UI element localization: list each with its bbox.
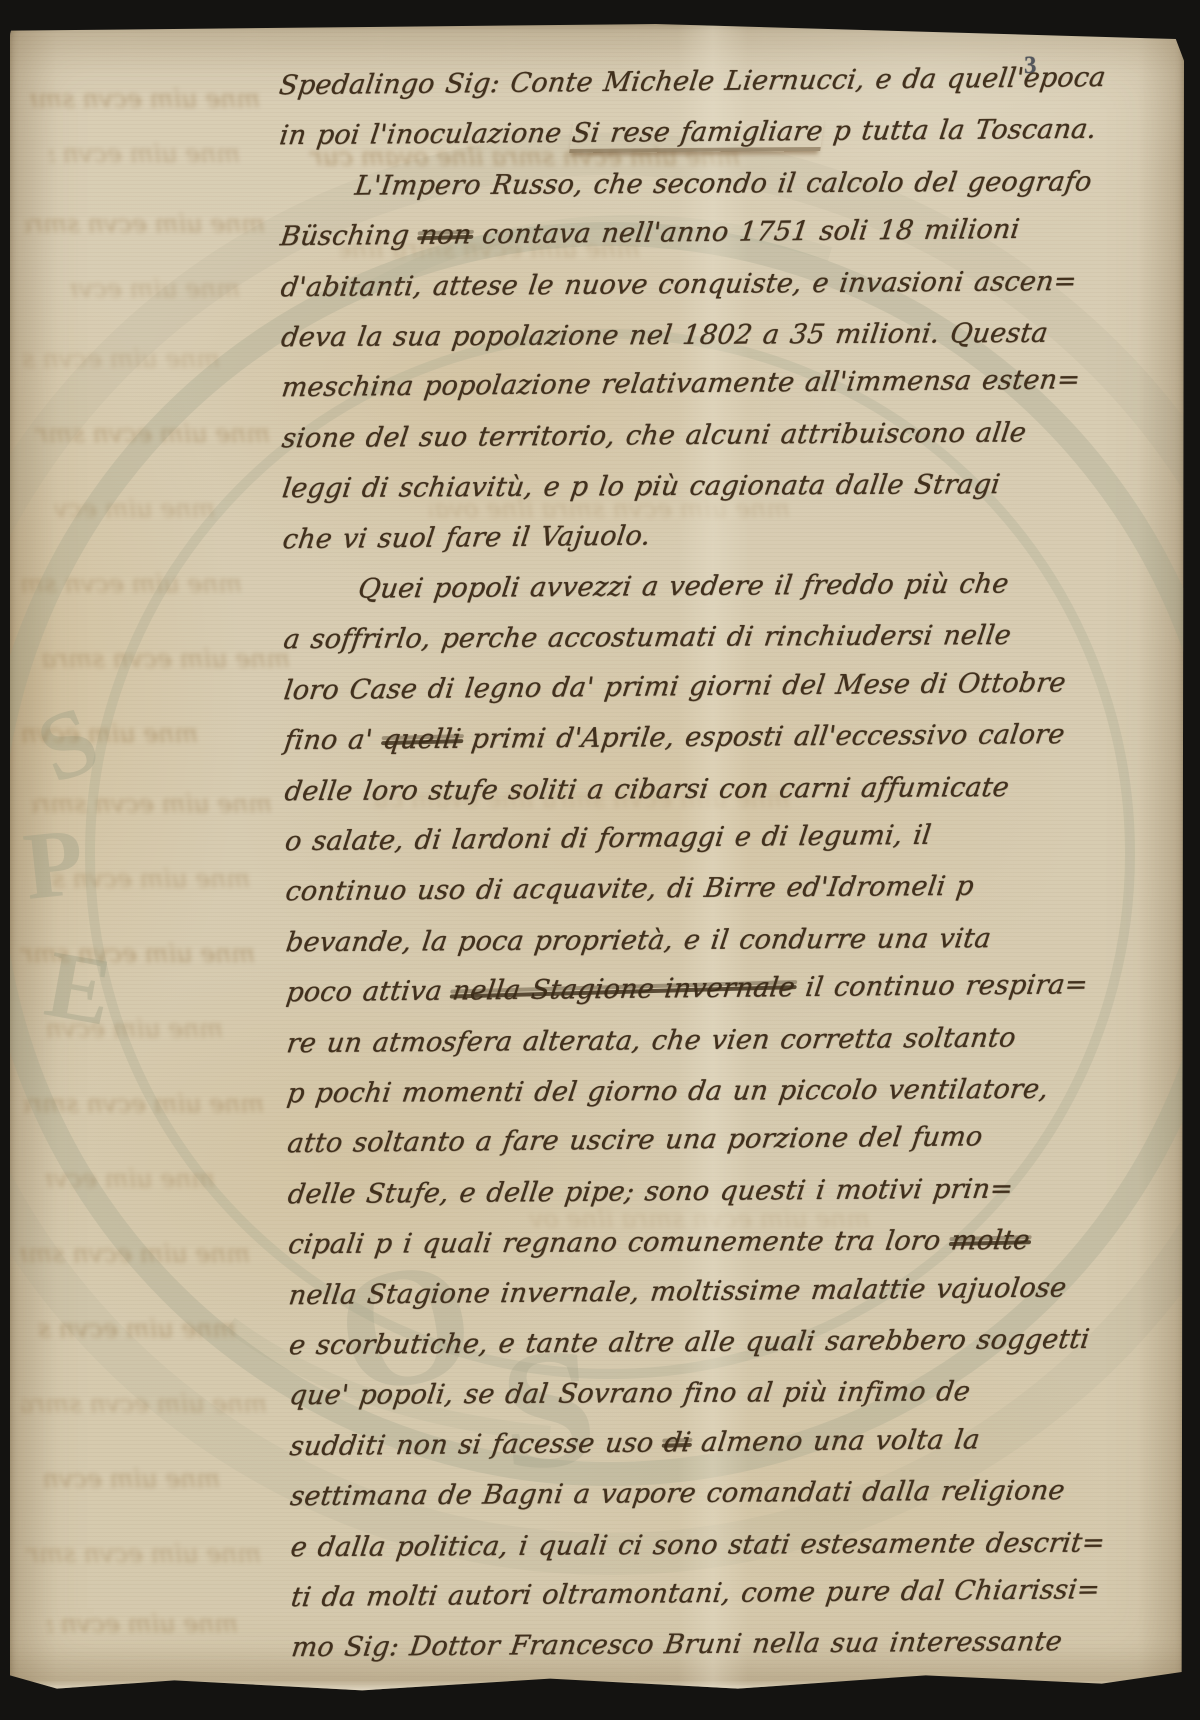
manuscript-line: que' popoli, se dal Sovrano fino al più … xyxy=(288,1377,973,1412)
text-segment: nella Stagione invernale, moltissime mal… xyxy=(287,1272,1068,1311)
text-segment: Spedalingo Sig: Conte Michele Liernucci,… xyxy=(277,62,1107,101)
text-segment: p pochi momenti del giorno da un piccolo… xyxy=(285,1074,1050,1109)
text-segment: in poi l'inoculazione xyxy=(278,118,575,151)
manuscript-line: sudditi non si facesse uso di almeno una… xyxy=(288,1424,982,1462)
text-segment: deva la sua popolazione nel 1802 a 35 mi… xyxy=(279,318,1050,353)
text-segment: primi d'Aprile, esposti all'eccessivo ca… xyxy=(459,719,1067,755)
manuscript-line: a soffrirlo, perche accostumati di rinch… xyxy=(282,620,1013,655)
manuscript-text: Spedalingo Sig: Conte Michele Liernucci,… xyxy=(4,17,1191,1694)
text-segment: sione del suo territorio, che alcuni att… xyxy=(280,417,1028,454)
text-segment: leggi di schiavitù, e p lo più cagionata… xyxy=(280,469,1002,504)
text-segment: cipali p i quali regnano comunemente tra… xyxy=(286,1226,953,1261)
manuscript-line: cipali p i quali regnano comunemente tra… xyxy=(286,1225,1031,1260)
text-segment: Büsching xyxy=(279,220,422,252)
manuscript-line: L'Impero Russo, che secondo il calcolo d… xyxy=(353,166,1094,201)
manuscript-line: bevande, la poca proprietà, e il condurr… xyxy=(284,923,993,958)
text-segment: mo Sig: Dottor Francesco Bruni nella sua… xyxy=(290,1626,1064,1663)
manuscript-line: nella Stagione invernale, moltissime mal… xyxy=(287,1272,1068,1311)
manuscript-line: loro Case di legno da' primi giorni del … xyxy=(282,667,1068,706)
text-segment: contava nell'anno 1751 soli 18 milioni xyxy=(469,214,1021,250)
text-segment: poco attiva xyxy=(284,976,454,1009)
text-segment: meschina popolazione relativamente all'i… xyxy=(280,365,1082,404)
text-segment: Quei popoli avvezzi a vedere il freddo p… xyxy=(356,568,1010,604)
torn-bottom-edge xyxy=(33,1680,1160,1692)
manuscript-line: delle Stufe, e delle pipe; sono questi i… xyxy=(286,1173,1015,1210)
text-segment: que' popoli, se dal Sovrano fino al più … xyxy=(288,1377,973,1412)
struck-word: molte xyxy=(949,1225,1031,1256)
text-segment: ti da molti autori oltramontani, come pu… xyxy=(289,1574,1102,1613)
manuscript-line: Büsching non contava nell'anno 1751 soli… xyxy=(279,214,1022,252)
text-segment: delle loro stufe soliti a cibarsi con ca… xyxy=(283,772,1011,807)
text-segment: d'abitanti, attese le nuove conquiste, e… xyxy=(279,266,1079,303)
manuscript-line: settimana de Bagni a vapore comandati da… xyxy=(288,1475,1066,1512)
manuscript-line: p pochi momenti del giorno da un piccolo… xyxy=(285,1074,1050,1109)
manuscript-line: mo Sig: Dottor Francesco Bruni nella sua… xyxy=(290,1626,1064,1663)
manuscript-line: sione del suo territorio, che alcuni att… xyxy=(280,417,1028,454)
manuscript-line: o salate, di lardoni di formaggi e di le… xyxy=(283,820,933,857)
text-segment: e scorbutiche, e tante altre alle quali … xyxy=(287,1324,1091,1361)
text-segment: Si rese famigliare xyxy=(570,116,825,153)
text-segment: almeno una volta la xyxy=(689,1424,982,1458)
text-segment: sudditi non si facesse uso xyxy=(288,1427,666,1462)
manuscript-line: Spedalingo Sig: Conte Michele Liernucci,… xyxy=(277,62,1107,101)
manuscript-line: re un atmosfera alterata, che vien corre… xyxy=(285,1022,1018,1059)
struck-word: non xyxy=(418,219,474,251)
manuscript-line: in poi l'inoculazione Si rese famigliare… xyxy=(278,114,1099,151)
manuscript-line: deva la sua popolazione nel 1802 a 35 mi… xyxy=(279,318,1050,353)
text-segment: continuo uso di acquavite, di Birre ed'I… xyxy=(284,871,976,907)
struck-word: di xyxy=(662,1427,692,1458)
manuscript-line: che vi suol fare il Vajuolo. xyxy=(281,520,653,555)
struck-word: nella Stagione invernale xyxy=(451,972,797,1006)
text-segment: a soffrirlo, perche accostumati di rinch… xyxy=(282,620,1013,655)
scan-background: S P E O S mne uim ecvn smra ilne ovam cu… xyxy=(0,0,1200,1720)
text-segment: e dalla politica, i quali ci sono stati … xyxy=(289,1527,1107,1563)
manuscript-line: e dalla politica, i quali ci sono stati … xyxy=(289,1527,1107,1563)
manuscript-line: leggi di schiavitù, e p lo più cagionata… xyxy=(280,469,1002,504)
manuscript-line: delle loro stufe soliti a cibarsi con ca… xyxy=(283,772,1011,807)
manuscript-line: meschina popolazione relativamente all'i… xyxy=(280,365,1082,404)
text-segment: che vi suol fare il Vajuolo. xyxy=(281,520,653,555)
text-segment: il continuo respira= xyxy=(793,969,1090,1003)
text-segment: loro Case di legno da' primi giorni del … xyxy=(282,667,1068,706)
text-segment: o salate, di lardoni di formaggi e di le… xyxy=(283,820,933,857)
text-segment: settimana de Bagni a vapore comandati da… xyxy=(288,1475,1066,1512)
text-segment: p tutta la Toscana. xyxy=(821,114,1099,147)
struck-word: quelli xyxy=(381,724,463,756)
manuscript-line: Quei popoli avvezzi a vedere il freddo p… xyxy=(356,568,1010,604)
text-segment: re un atmosfera alterata, che vien corre… xyxy=(285,1022,1018,1059)
text-segment: atto soltanto a fare uscire una porzione… xyxy=(286,1122,985,1160)
manuscript-line: atto soltanto a fare uscire una porzione… xyxy=(286,1122,985,1160)
manuscript-line: fino a' quelli primi d'Aprile, esposti a… xyxy=(282,719,1066,756)
manuscript-line: d'abitanti, attese le nuove conquiste, e… xyxy=(279,266,1079,303)
text-segment: fino a' xyxy=(282,725,385,757)
text-segment: delle Stufe, e delle pipe; sono questi i… xyxy=(286,1173,1015,1210)
manuscript-line: poco attiva nella Stagione invernale il … xyxy=(284,969,1089,1008)
manuscript-line: e scorbutiche, e tante altre alle quali … xyxy=(287,1324,1091,1361)
text-segment: L'Impero Russo, che secondo il calcolo d… xyxy=(353,166,1094,201)
manuscript-line: continuo uso di acquavite, di Birre ed'I… xyxy=(284,871,976,907)
manuscript-line: ti da molti autori oltramontani, come pu… xyxy=(289,1574,1102,1613)
text-segment: bevande, la poca proprietà, e il condurr… xyxy=(284,923,993,958)
manuscript-page: S P E O S mne uim ecvn smra ilne ovam cu… xyxy=(10,24,1184,1692)
